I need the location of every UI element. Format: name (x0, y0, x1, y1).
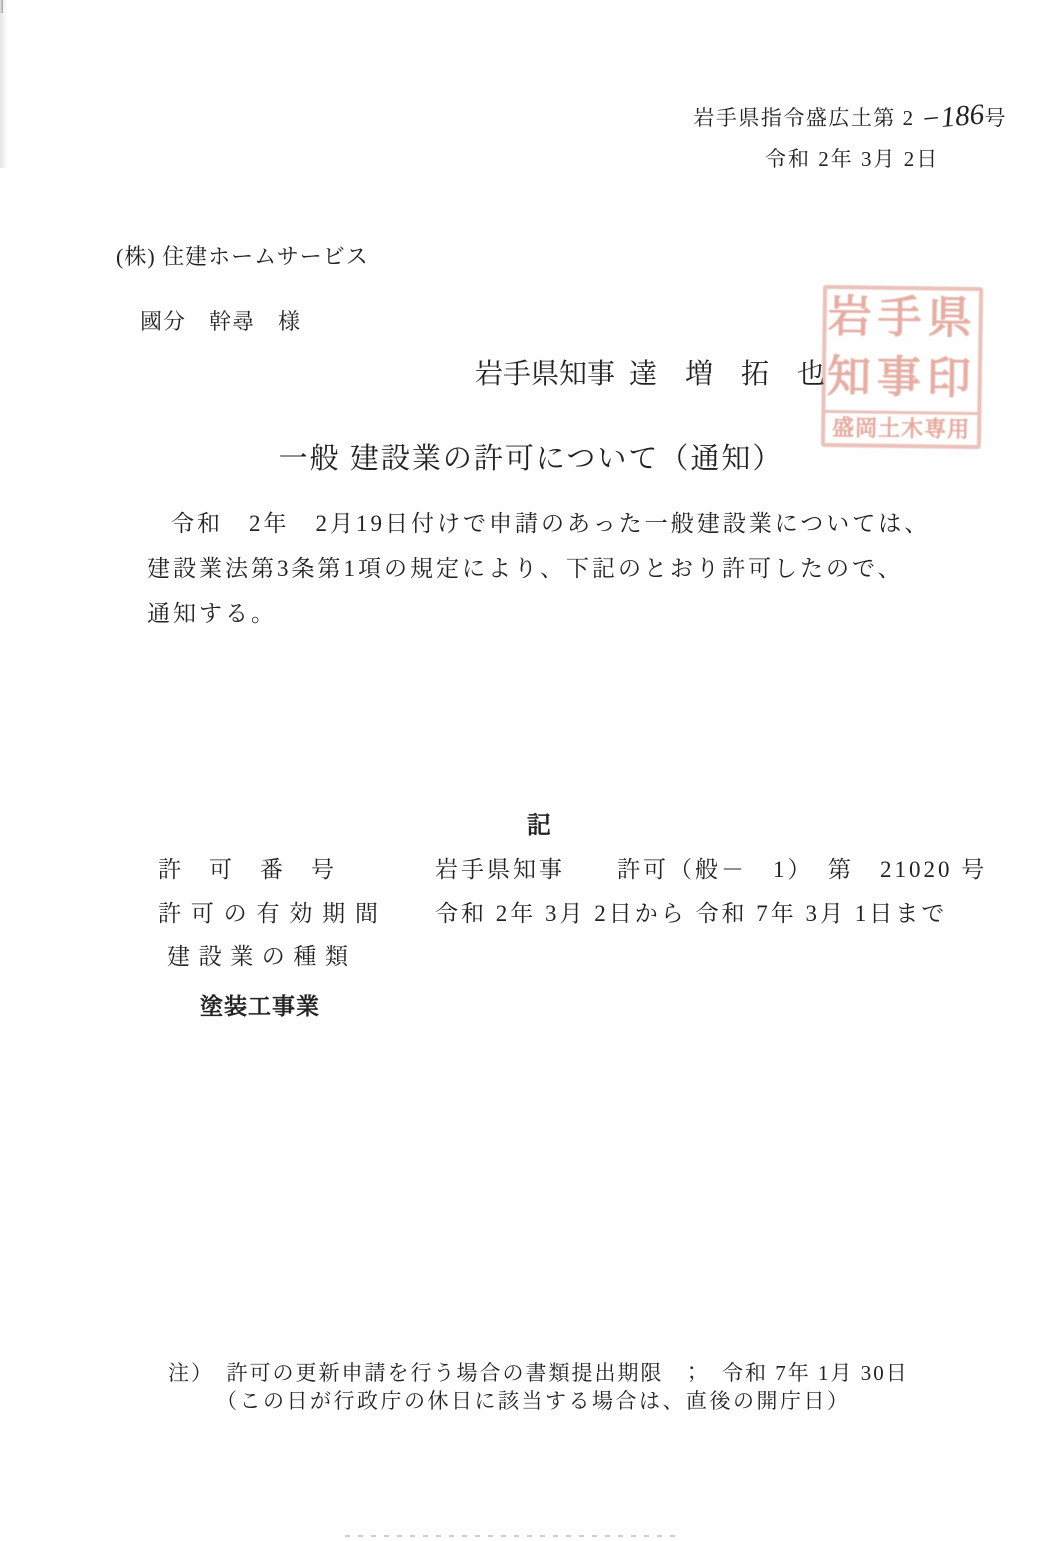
scanned-permit-document: 岩手県指令盛広土第 2 −186号 令和 2年 3月 2日 (株) 住建ホームサ… (0, 0, 1062, 1541)
body-paragraph-line-1: 令和 2年 2月19日付けで申請のあった一般建設業については、 (171, 505, 930, 538)
footnote-line-2: （この日が行政庁の休日に該当する場合は、直後の開庁日） (216, 1385, 851, 1415)
issuer-line: 岩手県知事達 増 拓 也 (475, 352, 825, 392)
seal-row-2: 知事印 (825, 350, 978, 404)
official-seal-stamp: 岩手県 知事印 盛岡土木専用 (821, 285, 983, 449)
permit-number-label: 許可番号 (158, 851, 334, 884)
recipient-company: (株) 住建ホームサービス (116, 240, 369, 271)
document-number-prefix: 岩手県指令盛広土第 2 (693, 106, 921, 130)
license-type-value: 塗装工事業 (200, 988, 320, 1021)
document-number-suffix: 号 (985, 106, 1008, 130)
recipient-name: 國分 幹尋 様 (140, 305, 301, 336)
permit-number-value: 岩手県知事 許可（般－ 1） 第 21020 号 (435, 851, 987, 884)
details-marker: 記 (0, 805, 1062, 840)
issue-date: 令和 2年 3月 2日 (765, 143, 939, 173)
validity-period-label: 許可の有効期間 (158, 895, 378, 928)
validity-period-value: 令和 2年 3月 2日から 令和 7年 3月 1日まで (435, 895, 947, 928)
footnote-line-1: 注） 許可の更新申請を行う場合の書類提出期限 ； 令和 7年 1月 30日 (168, 1357, 909, 1387)
seal-row-1: 岩手県 (826, 291, 979, 345)
scan-bottom-artifact (345, 1535, 675, 1537)
document-number-handwritten: −186 (920, 98, 986, 136)
body-paragraph-line-3: 通知する。 (147, 595, 277, 628)
subject-title: 一般 建設業の許可について（通知） (0, 436, 1062, 477)
issuer-name: 達 増 拓 也 (629, 359, 825, 390)
business-type-label: 建設業の種類 (167, 938, 348, 971)
body-paragraph-line-2: 建設業法第3条第1項の規定により、下記のとおり許可したので、 (147, 550, 904, 583)
issuer-title: 岩手県知事 (475, 359, 615, 390)
document-number: 岩手県指令盛広土第 2 −186号 (693, 100, 1007, 133)
scan-edge-shadow (0, 0, 7, 168)
